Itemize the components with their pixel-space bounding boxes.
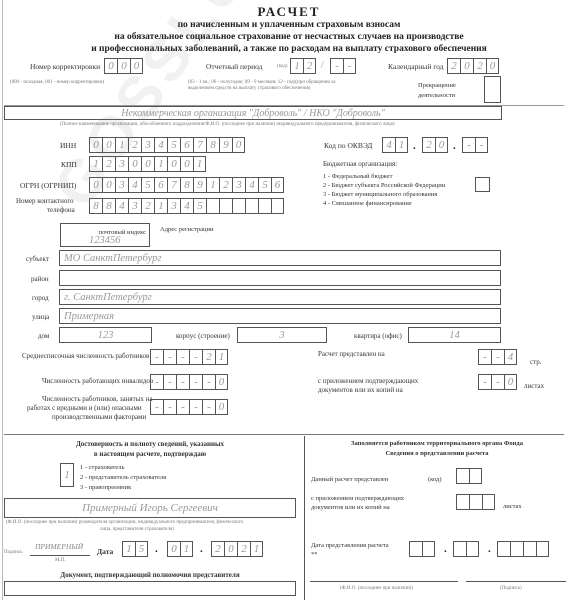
kpp-label: КПП xyxy=(61,160,77,169)
confirm-option-3: 3 - правопреемник xyxy=(80,484,131,491)
stamp-label: М.П. xyxy=(55,558,66,564)
building-label: корпус (строение) xyxy=(176,332,230,340)
digit-cell[interactable]: - xyxy=(478,349,491,365)
fund-title-1: Заполняется работником территориального … xyxy=(306,440,568,447)
digit-cell[interactable]: - xyxy=(150,399,163,415)
digit-cell[interactable]: 0 xyxy=(180,156,193,172)
digit-cell[interactable]: 3 xyxy=(141,137,154,153)
confirm-option-1: 1 - страхователь xyxy=(80,464,125,471)
digit-cell[interactable]: 3 xyxy=(115,156,128,172)
okved-dot-1: . xyxy=(413,140,416,152)
phone-label-2: телефона xyxy=(47,206,75,214)
budget-type-checkbox[interactable] xyxy=(475,177,490,192)
fund-attach-label-1: с приложением подтверждающих xyxy=(311,495,404,502)
digit-cell[interactable]: - xyxy=(150,349,163,365)
harmful-label-1: Численность работников, занятых на xyxy=(42,395,152,403)
fund-date-year-field[interactable] xyxy=(497,541,549,557)
city-label: город xyxy=(32,294,49,302)
digit-cell[interactable]: 4 xyxy=(382,137,395,153)
digit-cell[interactable]: 0 xyxy=(104,58,117,74)
digit-cell[interactable]: 0 xyxy=(486,58,499,74)
fund-attach-label-2: документов или их копий на xyxy=(311,504,390,511)
digit-cell[interactable] xyxy=(469,494,482,510)
fund-attach-field[interactable] xyxy=(456,494,495,510)
pages-field[interactable]: --4 xyxy=(478,349,517,365)
digit-cell[interactable]: 0 xyxy=(89,137,102,153)
digit-cell[interactable] xyxy=(206,198,219,214)
date-dot-2: . xyxy=(200,543,203,555)
signer-name-hint-2: лица, представителя страхователя) xyxy=(100,527,174,533)
digit-cell[interactable]: 4 xyxy=(128,177,141,193)
signer-name-hint-1: (Ф.И.О. (последнее при наличии) руководи… xyxy=(6,520,243,526)
digit-cell[interactable]: - xyxy=(163,349,176,365)
digit-cell[interactable]: 5 xyxy=(193,198,206,214)
digit-cell[interactable]: 0 xyxy=(504,374,517,390)
digit-cell[interactable]: 2 xyxy=(473,58,486,74)
digit-cell[interactable]: 1 xyxy=(206,177,219,193)
digit-cell[interactable]: 1 xyxy=(395,137,408,153)
termination-label-1: Прекращение xyxy=(418,82,456,89)
digit-cell[interactable]: 1 xyxy=(122,541,135,557)
house-field[interactable]: 123 xyxy=(59,327,152,343)
budget-option-4: 4 - Смешанное финансирование xyxy=(323,200,412,207)
confirm-type-field[interactable]: 1 xyxy=(60,463,74,487)
digit-cell[interactable]: 6 xyxy=(271,177,284,193)
digit-cell[interactable]: 0 xyxy=(167,156,180,172)
divider-vertical xyxy=(304,436,305,600)
digit-cell[interactable]: 4 xyxy=(154,137,167,153)
digit-cell[interactable]: 0 xyxy=(128,156,141,172)
fund-code-field[interactable] xyxy=(456,468,482,484)
city-field[interactable]: г. СанктПетербург xyxy=(59,289,501,305)
digit-cell[interactable]: 9 xyxy=(193,177,206,193)
correction-label: Номер корректировки xyxy=(30,62,100,71)
registration-address-label: Адрес регистрации xyxy=(160,226,213,233)
digit-cell[interactable]: 5 xyxy=(258,177,271,193)
inn-label: ИНН xyxy=(60,141,76,150)
digit-cell[interactable]: 0 xyxy=(89,177,102,193)
digit-cell[interactable]: 1 xyxy=(193,156,206,172)
digit-cell[interactable]: - xyxy=(475,137,488,153)
digit-cell[interactable]: 4 xyxy=(504,349,517,365)
digit-cell[interactable] xyxy=(482,494,495,510)
digit-cell[interactable]: - xyxy=(189,399,202,415)
period-hint-2: выделением средств на выплату страхового… xyxy=(188,86,310,92)
digit-cell[interactable]: 0 xyxy=(102,137,115,153)
doc-label: Документ, подтверждающий полномочия пред… xyxy=(0,571,300,579)
calendar-year-field[interactable]: 2020 xyxy=(447,58,499,74)
subject-label: субъект xyxy=(26,255,49,263)
digit-cell[interactable]: 2 xyxy=(202,349,215,365)
digit-cell[interactable] xyxy=(422,541,435,557)
fund-date-month-field[interactable] xyxy=(453,541,479,557)
okved-label: Код по ОКВЭД xyxy=(324,141,372,150)
digit-cell[interactable]: 0 xyxy=(167,541,180,557)
signature-label: Подпись xyxy=(4,550,22,556)
fund-sign-hint: (Подпись) xyxy=(500,586,522,592)
attach-unit: листах xyxy=(524,382,544,390)
digit-cell[interactable]: 4 xyxy=(245,177,258,193)
fund-fio-line[interactable] xyxy=(310,581,458,582)
digit-cell[interactable]: 0 xyxy=(102,177,115,193)
termination-checkbox[interactable] xyxy=(484,76,501,103)
ogrn-label: ОГРН (ОГРНИП) xyxy=(20,181,76,190)
digit-cell[interactable]: 1 xyxy=(250,541,263,557)
signature-line xyxy=(30,555,90,556)
digit-cell[interactable]: 1 xyxy=(290,58,303,74)
page-left-border xyxy=(2,0,3,600)
digit-cell[interactable] xyxy=(245,198,258,214)
digit-cell[interactable]: - xyxy=(330,58,343,74)
ogrn-field[interactable]: 003456789123456 xyxy=(89,177,284,193)
digit-cell[interactable]: - xyxy=(491,374,504,390)
digit-cell[interactable] xyxy=(271,198,284,214)
form-subtitle-2: на обязательное социальное страхование о… xyxy=(0,32,578,42)
correction-number-field[interactable]: 000 xyxy=(104,58,143,74)
fund-date-note: ** xyxy=(311,551,318,558)
fund-code-label: (код) xyxy=(428,476,442,483)
digit-cell[interactable]: 6 xyxy=(180,137,193,153)
digit-cell[interactable]: 9 xyxy=(219,137,232,153)
date-year-field[interactable]: 2021 xyxy=(211,541,263,557)
digit-cell[interactable]: 8 xyxy=(89,198,102,214)
digit-cell[interactable]: 3 xyxy=(232,177,245,193)
okved-dot-2: . xyxy=(453,140,456,152)
digit-cell[interactable]: 5 xyxy=(141,177,154,193)
period-code-field[interactable]: 12 xyxy=(290,58,316,74)
digit-cell[interactable]: 5 xyxy=(135,541,148,557)
digit-cell[interactable]: 4 xyxy=(180,198,193,214)
apartment-label: квартира (офис) xyxy=(354,332,402,340)
digit-cell[interactable]: 3 xyxy=(128,198,141,214)
digit-cell[interactable]: 2 xyxy=(237,541,250,557)
digit-cell[interactable] xyxy=(466,541,479,557)
digit-cell[interactable]: 1 xyxy=(154,198,167,214)
budget-option-3: 3 - Бюджет муниципального образования xyxy=(323,191,437,198)
form-title: РАСЧЕТ xyxy=(0,4,578,20)
budget-option-2: 2 - Бюджет субъекта Российской Федерации xyxy=(323,182,445,189)
fund-fio-hint: (Ф.И.О. (последнее при наличии)) xyxy=(340,586,413,592)
phone-label-1: Номер контактного xyxy=(16,197,74,205)
confirm-title-1: Достоверность и полноту сведений, указан… xyxy=(0,440,300,448)
postal-code-value: 123456 xyxy=(89,233,121,248)
fund-attach-unit: листах xyxy=(503,503,522,510)
fund-date-dot-2: . xyxy=(488,543,491,555)
digit-cell[interactable]: - xyxy=(491,349,504,365)
digit-cell[interactable]: 2 xyxy=(211,541,224,557)
digit-cell[interactable]: - xyxy=(163,399,176,415)
digit-cell[interactable] xyxy=(497,541,510,557)
digit-cell[interactable]: 4 xyxy=(115,198,128,214)
house-label: дом xyxy=(38,332,49,340)
attach-label-1: с приложением подтверждающих xyxy=(318,377,418,385)
avg-headcount-field[interactable]: ----21 xyxy=(150,349,228,365)
district-label: район xyxy=(31,275,49,283)
disabled-count-field[interactable]: -----0 xyxy=(150,374,228,390)
digit-cell[interactable]: 7 xyxy=(167,177,180,193)
period-separator: / xyxy=(321,60,324,71)
digit-cell[interactable]: 8 xyxy=(180,177,193,193)
digit-cell[interactable]: 0 xyxy=(215,399,228,415)
digit-cell[interactable] xyxy=(469,468,482,484)
digit-cell[interactable]: 0 xyxy=(460,58,473,74)
form-subtitle-1: по начисленным и уплаченным страховым вз… xyxy=(0,20,578,30)
building-field[interactable]: 3 xyxy=(237,327,327,343)
digit-cell[interactable]: 3 xyxy=(115,177,128,193)
digit-cell[interactable]: 1 xyxy=(154,156,167,172)
digit-cell[interactable] xyxy=(232,198,245,214)
date-month-field[interactable]: 01 xyxy=(167,541,193,557)
digit-cell[interactable]: 7 xyxy=(193,137,206,153)
digit-cell[interactable]: - xyxy=(462,137,475,153)
pages-unit: стр. xyxy=(530,358,542,366)
digit-cell[interactable]: 1 xyxy=(215,349,228,365)
date-label: Дата xyxy=(97,547,113,556)
fund-date-dot-1: . xyxy=(444,543,447,555)
digit-cell[interactable]: - xyxy=(176,349,189,365)
fund-submitted-label: Данный расчет представлен xyxy=(311,476,388,483)
digit-cell[interactable]: - xyxy=(189,349,202,365)
digit-cell[interactable] xyxy=(456,494,469,510)
digit-cell[interactable]: 8 xyxy=(102,198,115,214)
street-field[interactable]: Примерная xyxy=(59,308,501,324)
digit-cell[interactable]: 6 xyxy=(154,177,167,193)
subject-field[interactable]: МО СанктПетербург xyxy=(59,250,501,266)
avg-headcount-label: Среднесписочная численность работников xyxy=(22,352,149,360)
date-day-field[interactable]: 15 xyxy=(122,541,148,557)
digit-cell[interactable]: 1 xyxy=(180,541,193,557)
year-label: Календарный год xyxy=(388,62,443,71)
signer-name-field[interactable]: Примерный Игорь Сергеевич xyxy=(4,498,296,518)
apartment-field[interactable]: 14 xyxy=(408,327,501,343)
digit-cell[interactable]: - xyxy=(202,374,215,390)
digit-cell[interactable]: 0 xyxy=(224,541,237,557)
digit-cell[interactable]: - xyxy=(176,399,189,415)
digit-cell[interactable] xyxy=(456,468,469,484)
street-label: улица xyxy=(32,313,49,321)
budget-option-1: 1 - Федеральный бюджет xyxy=(323,173,392,180)
budget-label: Бюджетная организация: xyxy=(323,160,397,168)
district-field[interactable] xyxy=(59,270,501,286)
okved-field-1[interactable]: 41 xyxy=(382,137,408,153)
date-dot-1: . xyxy=(155,543,158,555)
digit-cell[interactable]: 0 xyxy=(141,156,154,172)
harmful-label-2: работах с вредными и (или) опасными xyxy=(27,404,142,412)
pages-label: Расчет представлен на xyxy=(318,350,385,358)
phone-field[interactable]: 884321345 xyxy=(89,198,284,214)
termination-label-2: деятельности xyxy=(418,92,455,99)
digit-cell[interactable]: 8 xyxy=(206,137,219,153)
period-code-label: (код) xyxy=(277,64,287,70)
kpp-field[interactable]: 123001001 xyxy=(89,156,206,172)
digit-cell[interactable] xyxy=(453,541,466,557)
digit-cell[interactable]: - xyxy=(176,374,189,390)
digit-cell[interactable] xyxy=(536,541,549,557)
confirm-option-2: 2 - представитель страхователя xyxy=(80,474,166,481)
digit-cell[interactable] xyxy=(510,541,523,557)
organization-name-field[interactable]: Некоммерческая организация "Доброволь" /… xyxy=(4,106,502,120)
period-label: Отчетный период xyxy=(206,62,262,71)
digit-cell[interactable]: 0 xyxy=(215,374,228,390)
digit-cell[interactable]: 2 xyxy=(447,58,460,74)
digit-cell[interactable]: 2 xyxy=(128,137,141,153)
disabled-count-label: Численность работающих инвалидов xyxy=(42,377,153,385)
digit-cell[interactable] xyxy=(219,198,232,214)
digit-cell[interactable]: 5 xyxy=(167,137,180,153)
digit-cell[interactable]: 2 xyxy=(102,156,115,172)
fund-date-day-field[interactable] xyxy=(409,541,435,557)
digit-cell[interactable] xyxy=(409,541,422,557)
digit-cell[interactable]: - xyxy=(189,374,202,390)
digit-cell[interactable]: - xyxy=(163,374,176,390)
digit-cell[interactable]: - xyxy=(150,374,163,390)
digit-cell[interactable]: 0 xyxy=(117,58,130,74)
digit-cell[interactable]: 0 xyxy=(232,137,245,153)
digit-cell[interactable]: 2 xyxy=(141,198,154,214)
form-subtitle-3: и профессиональных заболеваний, а также … xyxy=(0,44,578,54)
confirm-title-2: в настоящем расчете, подтверждаю xyxy=(0,450,300,458)
correction-hint: (000 - исходная, 001 - номер корректиров… xyxy=(10,80,104,86)
okved-field-2[interactable]: 20 xyxy=(422,137,448,153)
fund-title-2: Сведения о представлении расчета xyxy=(306,450,568,457)
attach-label-2: документов или их копий на xyxy=(318,386,403,394)
harmful-count-field[interactable]: -----0 xyxy=(150,399,228,415)
period-code-field-2[interactable]: -- xyxy=(330,58,356,74)
authority-document-field[interactable] xyxy=(4,581,296,596)
digit-cell[interactable]: 3 xyxy=(167,198,180,214)
organization-hint: (Полное наименование организации, обособ… xyxy=(60,122,395,128)
okved-field-3[interactable]: -- xyxy=(462,137,488,153)
digit-cell[interactable] xyxy=(258,198,271,214)
digit-cell[interactable]: 0 xyxy=(435,137,448,153)
inn-field[interactable]: 001234567890 xyxy=(89,137,245,153)
signature-value[interactable]: ПРИМЕРНЫЙ xyxy=(35,542,83,551)
digit-cell[interactable]: 1 xyxy=(115,137,128,153)
postal-code-box[interactable]: почтовый индекс 123456 xyxy=(60,223,150,247)
fund-date-label: Дата представления расчета xyxy=(311,542,389,549)
digit-cell[interactable] xyxy=(523,541,536,557)
digit-cell[interactable]: 1 xyxy=(89,156,102,172)
digit-cell[interactable]: - xyxy=(202,399,215,415)
digit-cell[interactable]: 2 xyxy=(219,177,232,193)
divider-lower xyxy=(4,434,564,435)
digit-cell[interactable]: - xyxy=(478,374,491,390)
digit-cell[interactable]: - xyxy=(343,58,356,74)
digit-cell[interactable]: 2 xyxy=(303,58,316,74)
harmful-label-3: производственными факторами xyxy=(52,413,146,421)
attach-pages-field[interactable]: --0 xyxy=(478,374,517,390)
fund-sign-line[interactable] xyxy=(466,581,566,582)
digit-cell[interactable]: 2 xyxy=(422,137,435,153)
digit-cell[interactable]: 0 xyxy=(130,58,143,74)
